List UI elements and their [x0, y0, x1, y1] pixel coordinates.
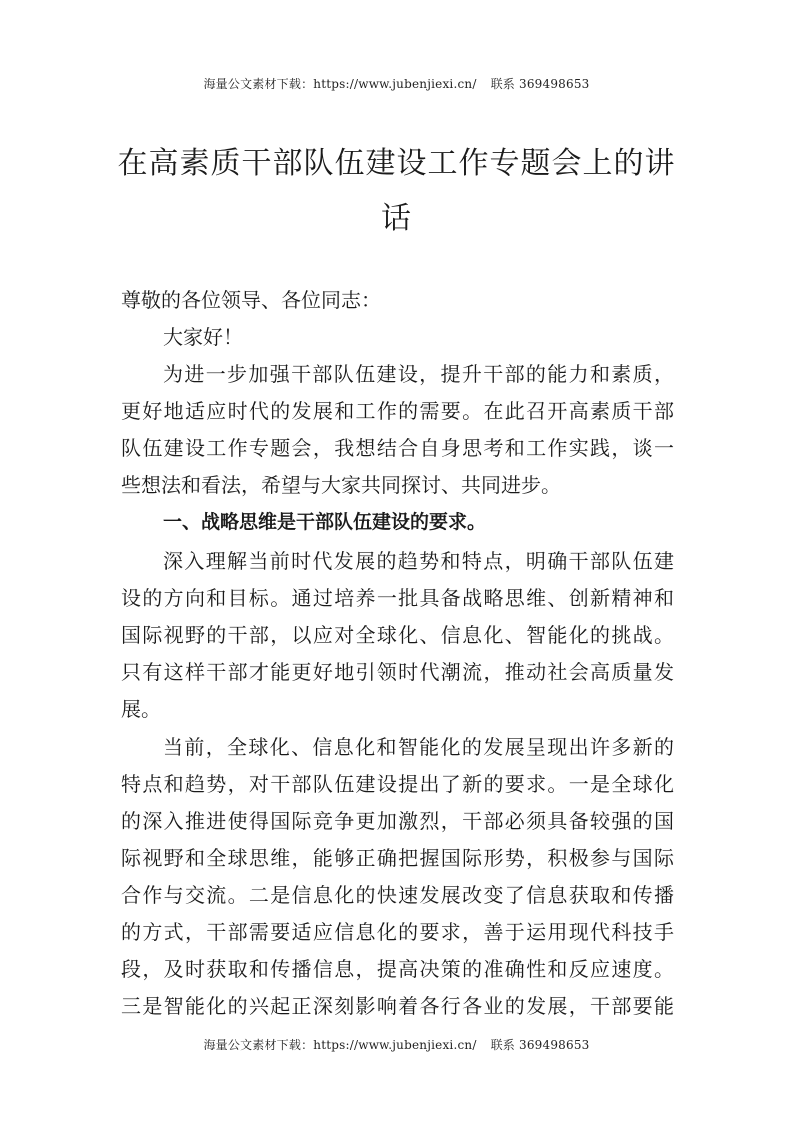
header-prefix: 海量公文素材下载：: [203, 77, 313, 91]
paragraph-line: 展。: [121, 693, 674, 722]
paragraph-line: 只有这样干部才能更好地引领时代潮流，推动社会高质量发: [121, 656, 674, 685]
footer-contact-label: 联系: [491, 1038, 515, 1052]
paragraph-line: 更好地适应时代的发展和工作的需要。在此召开高素质干部: [121, 395, 674, 424]
greeting: 大家好！: [163, 321, 674, 350]
footer-url[interactable]: https://www.jubenjiexi.cn/: [313, 1038, 476, 1052]
paragraph-line: 三是智能化的兴起正深刻影响着各行各业的发展，干部要能: [121, 990, 674, 1019]
paragraph-line: 的深入推进使得国际竞争更加激烈，干部必须具备较强的国: [121, 805, 674, 834]
paragraph-line: 的方式，干部需要适应信息化的要求，善于运用现代科技手: [121, 916, 674, 945]
document-title-line-2: 话: [0, 193, 793, 237]
paragraph-line: 合作与交流。二是信息化的快速发展改变了信息获取和传播: [121, 879, 674, 908]
page-footer: 海量公文素材下载：https://www.jubenjiexi.cn/联系 36…: [0, 1036, 793, 1053]
page-header: 海量公文素材下载：https://www.jubenjiexi.cn/联系 36…: [0, 75, 793, 92]
section-heading: 一、战略思维是干部队伍建设的要求。: [163, 507, 674, 534]
document-title-line-1: 在高素质干部队伍建设工作专题会上的讲: [0, 138, 793, 182]
paragraph-line: 为进一步加强干部队伍建设，提升干部的能力和素质，: [163, 358, 674, 387]
paragraph-line: 国际视野的干部，以应对全球化、信息化、智能化的挑战。: [121, 619, 674, 648]
header-contact-number: 369498653: [519, 77, 590, 91]
footer-contact-number: 369498653: [519, 1038, 590, 1052]
header-contact-label: 联系: [491, 77, 515, 91]
paragraph-line: 当前，全球化、信息化和智能化的发展呈现出许多新的: [163, 731, 674, 760]
paragraph-line: 设的方向和目标。通过培养一批具备战略思维、创新精神和: [121, 582, 674, 611]
footer-prefix: 海量公文素材下载：: [203, 1038, 313, 1052]
paragraph-line: 段，及时获取和传播信息，提高决策的准确性和反应速度。: [121, 953, 674, 982]
paragraph-line: 特点和趋势，对干部队伍建设提出了新的要求。一是全球化: [121, 768, 674, 797]
paragraph-line: 深入理解当前时代发展的趋势和特点，明确干部队伍建: [163, 545, 674, 574]
paragraph-line: 些想法和看法，希望与大家共同探讨、共同进步。: [121, 469, 674, 498]
salutation: 尊敬的各位领导、各位同志：: [121, 284, 674, 313]
paragraph-line: 际视野和全球思维，能够正确把握国际形势，积极参与国际: [121, 842, 674, 871]
paragraph-line: 队伍建设工作专题会，我想结合自身思考和工作实践，谈一: [121, 432, 674, 461]
header-url[interactable]: https://www.jubenjiexi.cn/: [313, 77, 476, 91]
